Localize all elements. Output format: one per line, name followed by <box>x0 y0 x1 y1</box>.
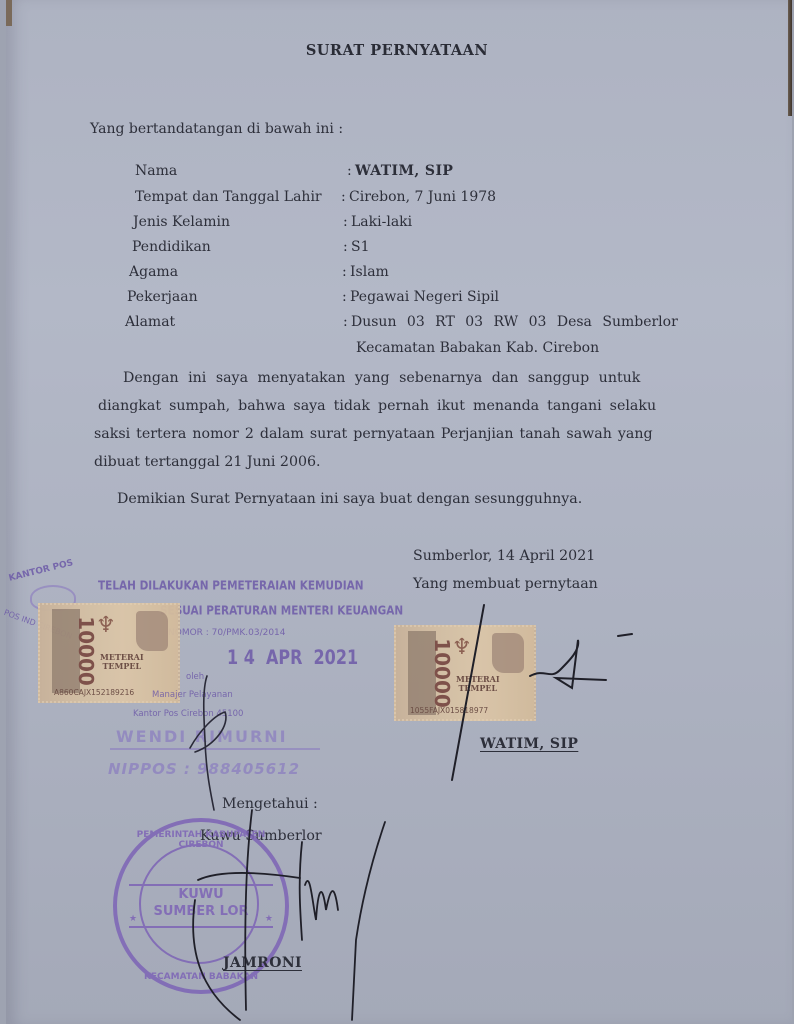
field-value-nama: WATIM, SIP <box>355 163 453 179</box>
field-separator: : <box>342 264 347 280</box>
round-stamp-center: KUWU SUMBER LOR <box>117 886 285 920</box>
paper-edge-shadow-left <box>6 0 12 26</box>
meterai-stamp-left: 10000 ♆ METERAI TEMPEL A860CAJX152189216 <box>38 603 180 703</box>
post-stamp-line1: TELAH DILAKUKAN PEMETERAIAN KEMUDIAN <box>98 579 364 593</box>
round-stamp-ring-top: PEMERINTAH KABUPATEN CIREBON <box>117 830 285 850</box>
acknowledge-label: Mengetahui : <box>222 796 318 812</box>
post-stamp-nippos: NIPPOS : 988405612 <box>108 760 300 778</box>
field-label: Agama <box>129 264 178 280</box>
post-stamp-officer-title: Manajer Pelayanan <box>152 690 233 700</box>
statement-line: Dengan ini saya menyatakan yang sebenarn… <box>86 364 720 392</box>
field-value-religion: Islam <box>350 264 389 280</box>
closing-statement: Demikian Surat Pernyataan ini saya buat … <box>117 491 582 507</box>
field-separator: : <box>341 189 346 205</box>
acknowledge-name: JAMRONI <box>223 955 302 971</box>
statement-paragraph: Dengan ini saya menyatakan yang sebenarn… <box>86 364 720 476</box>
field-value-education: S1 <box>351 239 370 255</box>
field-value-address: Dusun 03 RT 03 RW 03 Desa Sumberlor <box>351 314 678 330</box>
maker-label: Yang membuat pernytaan <box>413 576 598 592</box>
meterai-serial: A860CAJX152189216 <box>54 688 134 697</box>
statement-line: saksi tertera nomor 2 dalam surat pernya… <box>86 420 720 448</box>
intro-text: Yang bertandatangan di bawah ini : <box>90 121 343 137</box>
place-date: Sumberlor, 14 April 2021 <box>413 548 595 564</box>
star-icon: ★ <box>265 914 273 924</box>
field-separator: : <box>347 163 352 179</box>
field-label: Tempat dan Tanggal Lahir <box>135 189 322 205</box>
post-stamp-office: Kantor Pos Cirebon 45100 <box>133 709 243 719</box>
statement-line: dibuat tertanggal 21 Juni 2006. <box>86 448 720 476</box>
meterai-stamp-right: 10000 ♆ METERAI TEMPEL 1055FAJX015818977 <box>394 625 536 721</box>
field-separator: : <box>343 314 348 330</box>
meterai-serial: 1055FAJX015818977 <box>410 706 488 715</box>
post-stamp-by: oleh <box>186 672 204 682</box>
post-stamp-line3: NOMOR : 70/PMK.03/2014 <box>168 628 286 638</box>
round-stamp-ring-bottom: KECAMATAN BABAKAN <box>117 972 285 982</box>
post-stamp-date: 1 4 APR 2021 <box>227 646 358 669</box>
field-label: Jenis Kelamin <box>133 214 230 230</box>
field-separator: : <box>343 239 348 255</box>
meterai-value: 10000 <box>74 609 98 693</box>
field-value-ttl: Cirebon, 7 Juni 1978 <box>349 189 496 205</box>
field-label: Nama <box>135 163 177 179</box>
post-stamp-officer-name: WENDI RIMURNI <box>116 727 288 746</box>
field-label: Pekerjaan <box>127 289 198 305</box>
post-stamp-line2: SESUAI PERATURAN MENTERI KEUANGAN <box>160 604 403 618</box>
field-value-address-line2: Kecamatan Babakan Kab. Cirebon <box>356 340 599 356</box>
field-separator: : <box>343 214 348 230</box>
field-row-address-line2: Kecamatan Babakan Kab. Cirebon <box>356 340 599 356</box>
field-separator: : <box>342 289 347 305</box>
field-label: Alamat <box>125 314 175 330</box>
document-title: SURAT PERNYATAAN <box>0 42 794 59</box>
post-stamp-divider <box>110 748 320 750</box>
maker-name: WATIM, SIP <box>480 736 578 752</box>
statement-line: diangkat sumpah, bahwa saya tidak pernah… <box>86 392 720 420</box>
garuda-emblem-icon: ♆ <box>452 635 472 660</box>
star-icon: ★ <box>129 914 137 924</box>
field-value-gender: Laki-laki <box>351 214 412 230</box>
garuda-emblem-icon: ♆ <box>96 613 116 638</box>
field-value-occupation: Pegawai Negeri Sipil <box>350 289 499 305</box>
meterai-value: 10000 <box>430 631 454 715</box>
field-label: Pendidikan <box>132 239 211 255</box>
